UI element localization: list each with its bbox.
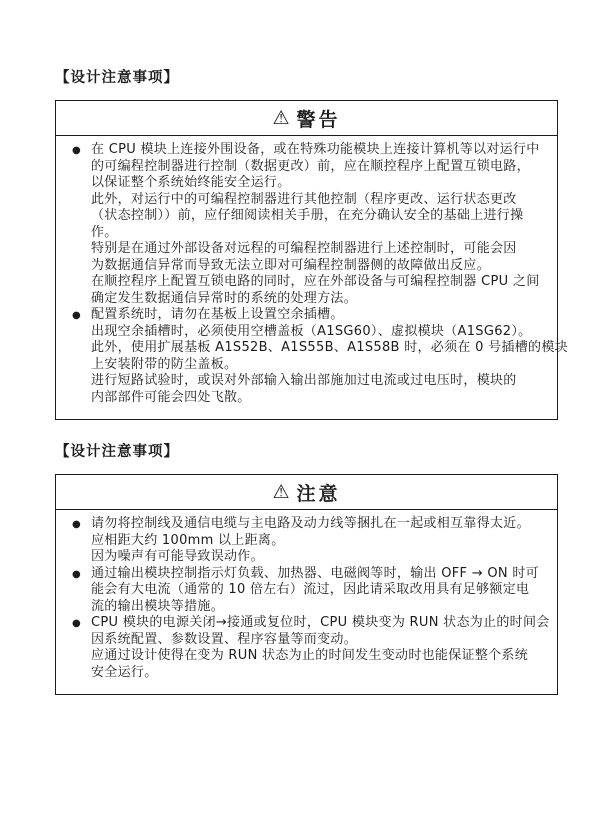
text-line: 应相距大约 100mm 以上距离。 xyxy=(91,533,549,550)
text-line: 内部部件可能会四处飞散。 xyxy=(91,390,568,407)
caution-box: ⚠ 注意 ● 请勿将控制线及通信电缆与主电路及动力线等捆扎在一起或相互靠得太近。… xyxy=(55,474,558,695)
bullet-item: ● 通过输出模块控制指示灯负载、加热器、电磁阀等时，输出 OFF → ON 时可… xyxy=(72,566,549,616)
warning-triangle-icon: ⚠ xyxy=(272,109,289,128)
text-line: 因为噪声有可能导致误动作。 xyxy=(91,549,549,566)
text-line: 流的输出模块等措施。 xyxy=(91,599,549,616)
text-line: 作。 xyxy=(91,225,549,242)
bullet-item: ● 请勿将控制线及通信电缆与主电路及动力线等捆扎在一起或相互靠得太近。 应相距大… xyxy=(72,516,549,566)
text-line: 为数据通信异常而导致无法立即对可编程控制器侧的故障做出反应。 xyxy=(91,258,549,275)
bullet-item: ● CPU 模块的电源关闭→接通或复位时，CPU 模块变为 RUN 状态为止的时… xyxy=(72,615,549,681)
caution-box-header: ⚠ 注意 xyxy=(56,475,557,510)
warning-box-body: ● 在 CPU 模块上连接外围设备，或在特殊功能模块上连接计算机等以对运行中 的… xyxy=(56,136,557,419)
design-precautions-section-2: 【设计注意事项】 ⚠ 注意 ● 请勿将控制线及通信电缆与主电路及动力线等捆扎在一… xyxy=(55,440,558,695)
bullet-lines: 请勿将控制线及通信电缆与主电路及动力线等捆扎在一起或相互靠得太近。 应相距大约 … xyxy=(91,516,549,566)
text-line: 能会有大电流（通常的 10 倍左右）流过，因此请采取改用具有足够额定电 xyxy=(91,582,549,599)
bullet-icon: ● xyxy=(72,142,91,160)
text-line: 上安装附带的防尘盖板。 xyxy=(91,357,568,374)
text-line: 请勿将控制线及通信电缆与主电路及动力线等捆扎在一起或相互靠得太近。 xyxy=(91,516,549,533)
text-line: 确定发生数据通信异常时的系统的处理方法。 xyxy=(91,291,549,308)
warning-box-header: ⚠ 警告 xyxy=(56,101,557,136)
bullet-icon: ● xyxy=(72,615,91,633)
bullet-lines: 通过输出模块控制指示灯负载、加热器、电磁阀等时，输出 OFF → ON 时可 能… xyxy=(91,566,549,616)
bullet-icon: ● xyxy=(72,307,91,325)
text-line: 配置系统时，请勿在基板上设置空余插槽。 xyxy=(91,307,568,324)
text-line: 出现空余插槽时，必须使用空槽盖板（A1SG60）、虚拟模块（A1SG62）。 xyxy=(91,324,568,341)
text-line: 以保证整个系统始终能安全运行。 xyxy=(91,175,549,192)
bullet-icon: ● xyxy=(72,566,91,584)
design-precautions-section-1: 【设计注意事项】 ⚠ 警告 ● 在 CPU 模块上连接外围设备，或在特殊功能模块… xyxy=(55,66,558,420)
manual-page: 【设计注意事项】 ⚠ 警告 ● 在 CPU 模块上连接外围设备，或在特殊功能模块… xyxy=(0,0,596,840)
warning-triangle-icon: ⚠ xyxy=(272,483,289,502)
warning-box: ⚠ 警告 ● 在 CPU 模块上连接外围设备，或在特殊功能模块上连接计算机等以对… xyxy=(55,100,558,420)
text-line: 进行短路试验时，或误对外部输入输出部施加过电流或过电压时，模块的 xyxy=(91,373,568,390)
section-heading: 【设计注意事项】 xyxy=(55,440,558,461)
bullet-icon: ● xyxy=(72,516,91,534)
text-line: 此外，对运行中的可编程控制器进行其他控制（程序更改、运行状态更改 xyxy=(91,192,549,209)
warning-box-title: 警告 xyxy=(297,105,341,132)
text-line: 的可编程控制器进行控制（数据更改）前，应在顺控程序上配置互锁电路， xyxy=(91,159,549,176)
text-line: 因系统配置、参数设置、程序容量等而变动。 xyxy=(91,632,550,649)
caution-box-title: 注意 xyxy=(297,479,341,506)
bullet-item: ● 在 CPU 模块上连接外围设备，或在特殊功能模块上连接计算机等以对运行中 的… xyxy=(72,142,549,307)
text-line: CPU 模块的电源关闭→接通或复位时，CPU 模块变为 RUN 状态为止的时间会 xyxy=(91,615,550,632)
text-line: 在 CPU 模块上连接外围设备，或在特殊功能模块上连接计算机等以对运行中 xyxy=(91,142,549,159)
bullet-lines: 在 CPU 模块上连接外围设备，或在特殊功能模块上连接计算机等以对运行中 的可编… xyxy=(91,142,549,307)
bullet-lines: CPU 模块的电源关闭→接通或复位时，CPU 模块变为 RUN 状态为止的时间会… xyxy=(91,615,550,681)
text-line: 应通过设计使得在变为 RUN 状态为止的时间发生变动时也能保证整个系统 xyxy=(91,648,550,665)
text-line: 特别是在通过外部设备对远程的可编程控制器进行上述控制时，可能会因 xyxy=(91,241,549,258)
bullet-item: ● 配置系统时，请勿在基板上设置空余插槽。 出现空余插槽时，必须使用空槽盖板（A… xyxy=(72,307,549,406)
text-line: 在顺控程序上配置互锁电路的同时，应在外部设备与可编程控制器 CPU 之间 xyxy=(91,274,549,291)
text-line: （状态控制））前，应仔细阅读相关手册，在充分确认安全的基础上进行操 xyxy=(91,208,549,225)
bullet-lines: 配置系统时，请勿在基板上设置空余插槽。 出现空余插槽时，必须使用空槽盖板（A1S… xyxy=(91,307,568,406)
text-line: 通过输出模块控制指示灯负载、加热器、电磁阀等时，输出 OFF → ON 时可 xyxy=(91,566,549,583)
text-line: 此外，使用扩展基板 A1S52B、A1S55B、A1S58B 时，必须在 0 号… xyxy=(91,340,568,357)
caution-box-body: ● 请勿将控制线及通信电缆与主电路及动力线等捆扎在一起或相互靠得太近。 应相距大… xyxy=(56,510,557,694)
text-line: 安全运行。 xyxy=(91,665,550,682)
section-heading: 【设计注意事项】 xyxy=(55,66,558,87)
